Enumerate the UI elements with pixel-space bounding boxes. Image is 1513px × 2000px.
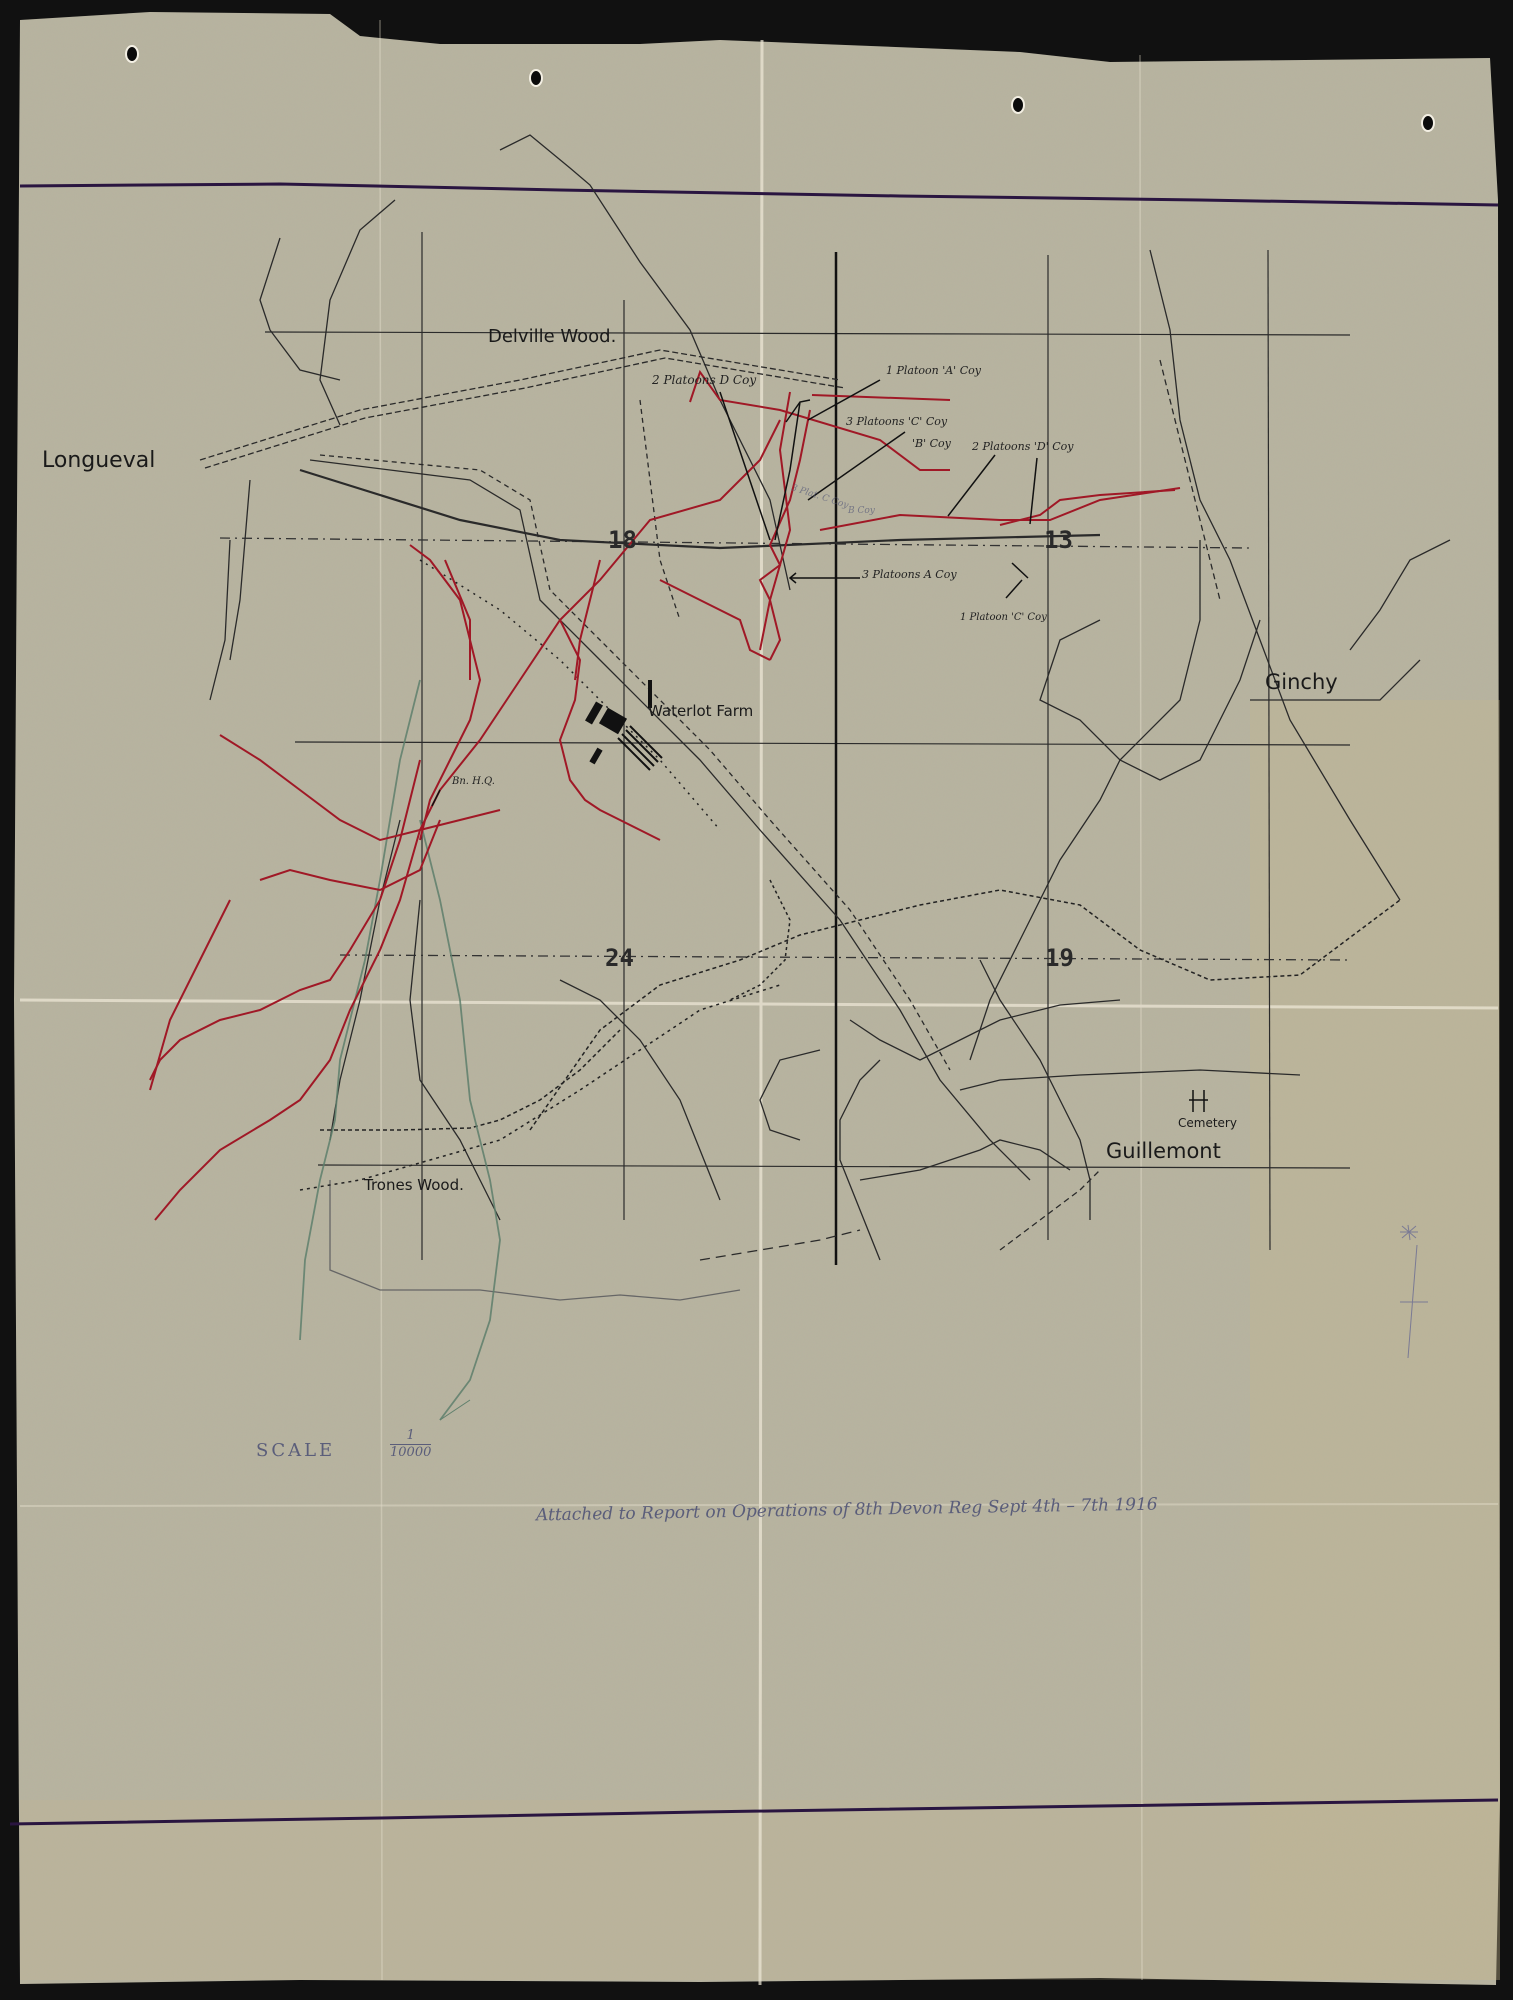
scale-fraction: 1 10000 — [390, 1428, 431, 1461]
scale-denominator: 10000 — [390, 1445, 431, 1461]
annotation-3-platoons-a-coy: 3 Platoons A Coy — [862, 568, 957, 581]
grid-square-24: 24 — [605, 944, 634, 972]
annotation-b-coy: 'B' Coy — [912, 437, 951, 450]
annotation-2-platoons-d-coy-left: 2 Platoons D Coy — [652, 373, 756, 387]
place-cemetery: Cemetery — [1178, 1116, 1237, 1130]
annotation-1-platoon-c-coy: 1 Platoon 'C' Coy — [960, 612, 1047, 623]
trench-map-drawing — [0, 0, 1513, 2000]
place-longueval: Longueval — [42, 448, 155, 473]
annotation-2-platoons-d-coy-right: 2 Platoons 'D' Coy — [972, 440, 1073, 453]
map-sheet: Longueval Delville Wood. Waterlot Farm G… — [0, 0, 1513, 2000]
scale-label: SCALE — [256, 1440, 335, 1461]
grid-square-18: 18 — [608, 526, 637, 554]
place-delville-wood: Delville Wood. — [488, 326, 616, 347]
place-trones-wood: Trones Wood. — [364, 1176, 464, 1194]
annotation-3-platoons-c-coy: 3 Platoons 'C' Coy — [846, 415, 947, 428]
annotation-bn-hq: Bn. H.Q. — [452, 776, 495, 787]
annotation-1-platoon-a-coy: 1 Platoon 'A' Coy — [886, 364, 981, 377]
annotation-faint-b-coy: B Coy — [848, 506, 875, 516]
place-guillemont: Guillemont — [1106, 1139, 1221, 1163]
grid-square-19: 19 — [1045, 944, 1074, 972]
place-waterlot-farm: Waterlot Farm — [648, 702, 753, 720]
scale-numerator: 1 — [390, 1428, 431, 1445]
place-ginchy: Ginchy — [1265, 670, 1338, 694]
grid-square-13: 13 — [1044, 526, 1073, 554]
